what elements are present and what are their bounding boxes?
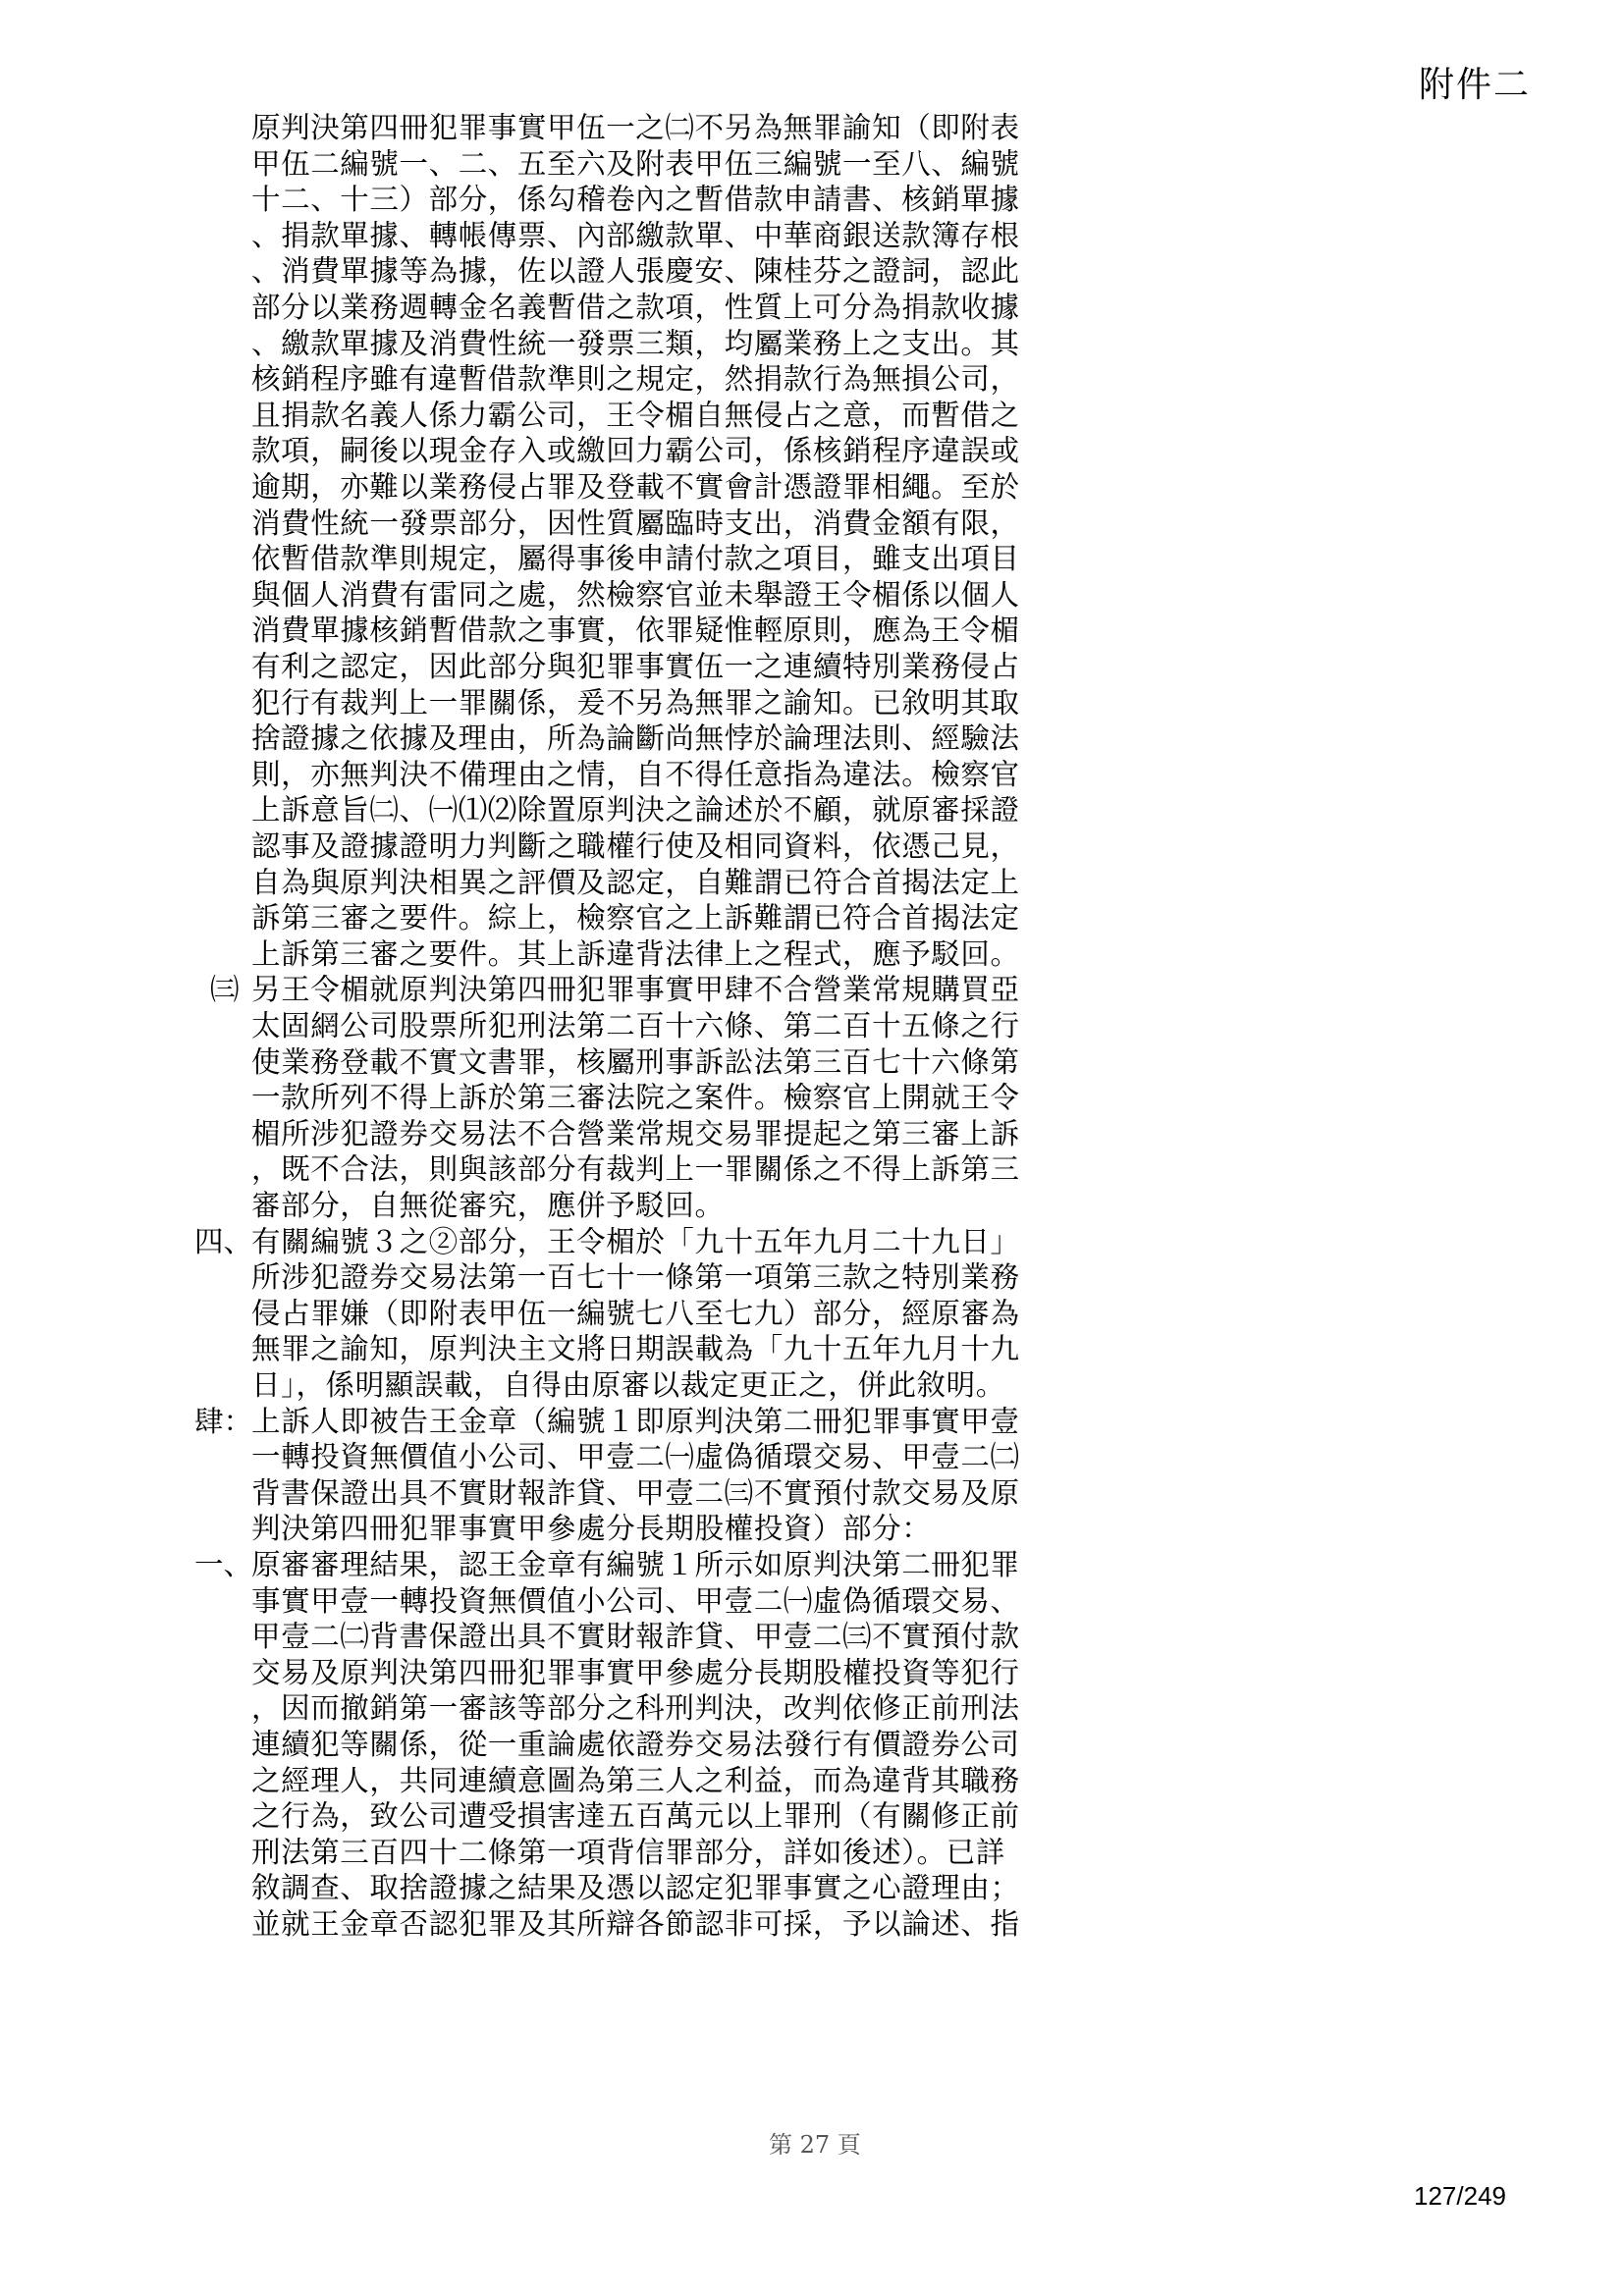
body-line: 依暫借款準則規定，屬得事後申請付款之項目，雖支出項目 [251,541,983,576]
body-line: 無罪之諭知，原判決主文將日期誤載為「九十五年九月十九 [251,1331,983,1366]
list-marker: 一、 [194,1547,252,1582]
body-line: 太固網公司股票所犯刑法第二百十六條、第二百十五條之行 [251,1008,983,1043]
body-line: 十二、十三）部分，係勾稽卷內之暫借款申請書、核銷單據 [251,182,983,217]
body-line: 核銷程序雖有違暫借款準則之規定，然捐款行為無損公司， [251,361,983,397]
body-line: 、繳款單據及消費性統一發票三類，均屬業務上之支出。其 [251,326,983,361]
body-line: 則，亦無判決不備理由之情，自不得任意指為違法。檢察官 [251,757,983,792]
body-line: 審部分，自無從審究，應併予駁回。 [251,1188,983,1223]
body-line: 消費單據核銷暫借款之事實，依罪疑惟輕原則，應為王令楣 [251,613,983,648]
body-line: 部分以業務週轉金名義暫借之款項，性質上可分為捐款收據 [251,290,983,325]
page-number: 第 27 頁 [769,2125,861,2160]
body-line: 一款所列不得上訴於第三審法院之案件。檢察官上開就王令 [251,1080,983,1115]
body-line: 捨證據之依據及理由，所為論斷尚無悖於論理法則、經驗法 [251,721,983,756]
body-line: 原判決第四冊犯罪事實甲伍一之㈡不另為無罪諭知（即附表 [251,110,983,145]
body-line: 上訴人即被告王金章（編號１即原判決第二冊犯罪事實甲壹 [251,1404,983,1439]
body-line: 連續犯等關係，從一重論處依證券交易法發行有價證券公司 [251,1727,983,1762]
body-line: 上訴意旨㈡、㈠⑴⑵除置原判決之論述於不顧，就原審採證 [251,792,983,828]
body-line: 有關編號３之②部分，王令楣於「九十五年九月二十九日」 [251,1224,983,1259]
list-marker: 肆： [194,1404,252,1439]
list-marker: 四、 [194,1224,252,1259]
body-line: 之行為，致公司遭受損害達五百萬元以上罪刑（有關修正前 [251,1798,983,1834]
body-line: 訴第三審之要件。綜上，檢察官之上訴難謂已符合首揭法定 [251,900,983,935]
list-marker: ㈢ [210,972,240,1007]
annex-label: 附件二 [1419,57,1531,107]
body-line: 背書保證出具不實財報詐貸、甲壹二㈢不實預付款交易及原 [251,1475,983,1511]
body-line: 犯行有裁判上一罪關係，爰不另為無罪之諭知。已敘明其取 [251,685,983,721]
body-line: 甲壹二㈡背書保證出具不實財報詐貸、甲壹二㈢不實預付款 [251,1619,983,1654]
body-line: ，因而撤銷第一審該等部分之科刑判決，改判依修正前刑法 [251,1690,983,1726]
body-line: 之經理人，共同連續意圖為第三人之利益，而為違背其職務 [251,1763,983,1798]
body-line: 交易及原判決第四冊犯罪事實甲參處分長期股權投資等犯行 [251,1655,983,1690]
body-line: ，既不合法，則與該部分有裁判上一罪關係之不得上訴第三 [251,1151,983,1187]
body-line: 敘調查、取捨證據之結果及憑以認定犯罪事實之心證理由； [251,1870,983,1905]
body-line: 另王令楣就原判決第四冊犯罪事實甲肆不合營業常規購買亞 [251,972,983,1007]
body-line: 自為與原判決相異之評價及認定，自難謂已符合首揭法定上 [251,865,983,900]
body-line: 日」，係明顯誤載，自得由原審以裁定更正之，併此敘明。 [251,1367,983,1403]
body-line: 有利之認定，因此部分與犯罪事實伍一之連續特別業務侵占 [251,649,983,684]
body-line: 消費性統一發票部分，因性質屬臨時支出，消費金額有限， [251,506,983,541]
body-line: 甲伍二編號一、二、五至六及附表甲伍三編號一至八、編號 [251,146,983,182]
body-line: 、捐款單據、轉帳傳票、內部繳款單、中華商銀送款簿存根 [251,218,983,253]
body-line: 認事及證據證明力判斷之職權行使及相同資料，依憑己見， [251,828,983,864]
body-line: 並就王金章否認犯罪及其所辯各節認非可採，予以論述、指 [251,1906,983,1942]
body-line: 一轉投資無價值小公司、甲壹二㈠虛偽循環交易、甲壹二㈡ [251,1439,983,1474]
body-line: 與個人消費有雷同之處，然檢察官並未舉證王令楣係以個人 [251,577,983,613]
body-line: 原審審理結果，認王金章有編號１所示如原判決第二冊犯罪 [251,1547,983,1582]
body-line: 侵占罪嫌（即附表甲伍一編號七八至七九）部分，經原審為 [251,1296,983,1331]
body-line: 刑法第三百四十二條第一項背信罪部分，詳如後述）。已詳 [251,1835,983,1870]
body-line: 所涉犯證券交易法第一百七十一條第一項第三款之特別業務 [251,1259,983,1295]
body-line: 事實甲壹一轉投資無價值小公司、甲壹二㈠虛偽循環交易、 [251,1583,983,1619]
body-line: 判決第四冊犯罪事實甲參處分長期股權投資）部分： [251,1511,983,1546]
body-line: 款項，嗣後以現金存入或繳回力霸公司，係核銷程序違誤或 [251,433,983,468]
body-line: 、消費單據等為據，佐以證人張慶安、陳桂芬之證詞，認此 [251,253,983,289]
body-line: 逾期，亦難以業務侵占罪及登載不實會計憑證罪相繩。至於 [251,469,983,505]
page-count: 127/249 [1414,2181,1506,2212]
body-line: 上訴第三審之要件。其上訴違背法律上之程式，應予駁回。 [251,936,983,972]
body-line: 使業務登載不實文書罪，核屬刑事訴訟法第三百七十六條第 [251,1044,983,1080]
body-line: 楣所涉犯證券交易法不合營業常規交易罪提起之第三審上訴 [251,1116,983,1151]
body-line: 且捐款名義人係力霸公司，王令楣自無侵占之意，而暫借之 [251,398,983,433]
